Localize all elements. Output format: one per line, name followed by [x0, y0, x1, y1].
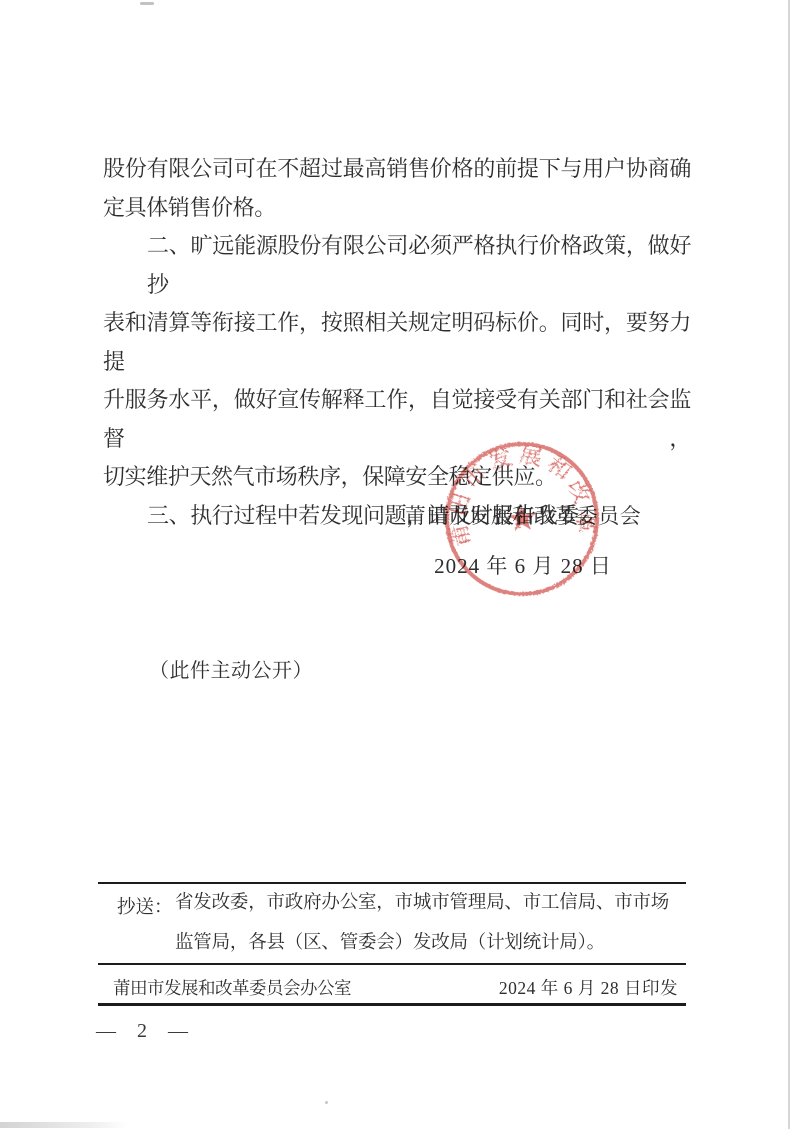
scan-artifact-mark: [140, 2, 154, 5]
seal-star-icon: [508, 504, 536, 531]
cc-line: 省发改委，市政府办公室，市城市管理局、市工信局、市市场: [175, 893, 682, 914]
footer-rule-middle: [98, 963, 686, 965]
disclosure-note: （此件主动公开）: [149, 654, 313, 683]
cc-lines: 省发改委，市政府办公室，市城市管理局、市工信局、市市场 监管局，各县（区、管委会…: [175, 893, 682, 954]
official-seal-stamp: 莆田市发展和改革委员会: [432, 429, 612, 609]
issuing-office: 莆田市发展和改革委员会办公室: [113, 975, 351, 1000]
body-line: 定具体销售价格。: [103, 189, 691, 228]
print-date: 2024 年 6 月 28 日印发: [499, 975, 678, 1000]
cc-line: 监管局，各县（区、管委会）发改局（计划统计局）。: [175, 933, 682, 954]
scan-artifact-speck: [325, 1101, 328, 1104]
page-number: — 2 —: [96, 1020, 193, 1043]
scan-artifact-smudge: [0, 1122, 128, 1128]
scanned-document-page: 股份有限公司可在不超过最高销售价格的前提下与用户协商确 定具体销售价格。 二、旷…: [0, 0, 792, 1129]
cc-label: 抄送：: [117, 893, 175, 954]
cc-distribution-block: 抄送： 省发改委，市政府办公室，市城市管理局、市工信局、市市场 监管局，各县（区…: [117, 893, 682, 954]
scan-edge-shadow: [788, 0, 790, 1129]
footer-rule-bottom: [98, 1003, 686, 1006]
body-line: 二、旷远能源股份有限公司必须严格执行价格政策，做好抄: [103, 227, 691, 304]
imprint-row: 莆田市发展和改革委员会办公室 2024 年 6 月 28 日印发: [113, 975, 678, 1000]
body-line: 表和清算等衔接工作，按照相关规定明码标价。同时，要努力提: [103, 304, 691, 381]
seal-arc-text: 莆田市发展和改革委员会: [432, 429, 601, 552]
footer-rule-top: [98, 882, 686, 884]
body-line: 股份有限公司可在不超过最高销售价格的前提下与用户协商确: [103, 150, 691, 189]
